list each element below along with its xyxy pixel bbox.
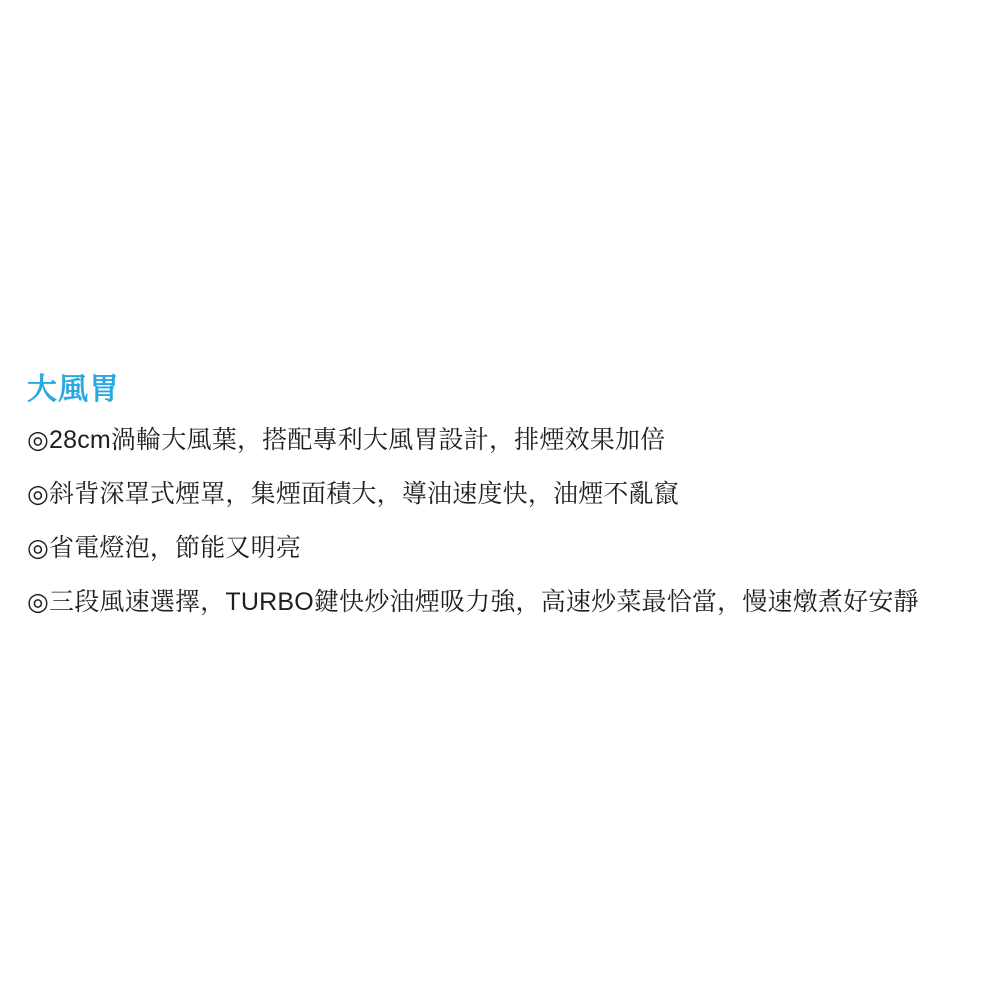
double-circle-bullet-icon: ◎ (27, 426, 49, 454)
product-description-page: 大風胃 ◎28cm渦輪大風葉，搭配專利大風胃設計，排煙效果加倍 ◎斜背深罩式煙罩… (0, 0, 1000, 1000)
double-circle-bullet-icon: ◎ (27, 588, 49, 616)
list-item: ◎28cm渦輪大風葉，搭配專利大風胃設計，排煙效果加倍 (27, 427, 967, 453)
double-circle-bullet-icon: ◎ (27, 480, 49, 508)
feature-text: 省電燈泡，節能又明亮 (49, 534, 301, 562)
feature-text: 斜背深罩式煙罩，集煙面積大，導油速度快，油煙不亂竄 (49, 480, 679, 508)
feature-text: 三段風速選擇，TURBO鍵快炒油煙吸力強，高速炒菜最恰當，慢速燉煮好安靜 (49, 588, 919, 616)
section-title: 大風胃 (27, 374, 967, 406)
feature-list: ◎28cm渦輪大風葉，搭配專利大風胃設計，排煙效果加倍 ◎斜背深罩式煙罩，集煙面… (27, 427, 967, 615)
feature-text: 28cm渦輪大風葉，搭配專利大風胃設計，排煙效果加倍 (49, 426, 665, 454)
list-item: ◎省電燈泡，節能又明亮 (27, 535, 967, 561)
double-circle-bullet-icon: ◎ (27, 534, 49, 562)
list-item: ◎斜背深罩式煙罩，集煙面積大，導油速度快，油煙不亂竄 (27, 481, 967, 507)
feature-section: 大風胃 ◎28cm渦輪大風葉，搭配專利大風胃設計，排煙效果加倍 ◎斜背深罩式煙罩… (27, 374, 967, 615)
list-item: ◎三段風速選擇，TURBO鍵快炒油煙吸力強，高速炒菜最恰當，慢速燉煮好安靜 (27, 589, 967, 615)
